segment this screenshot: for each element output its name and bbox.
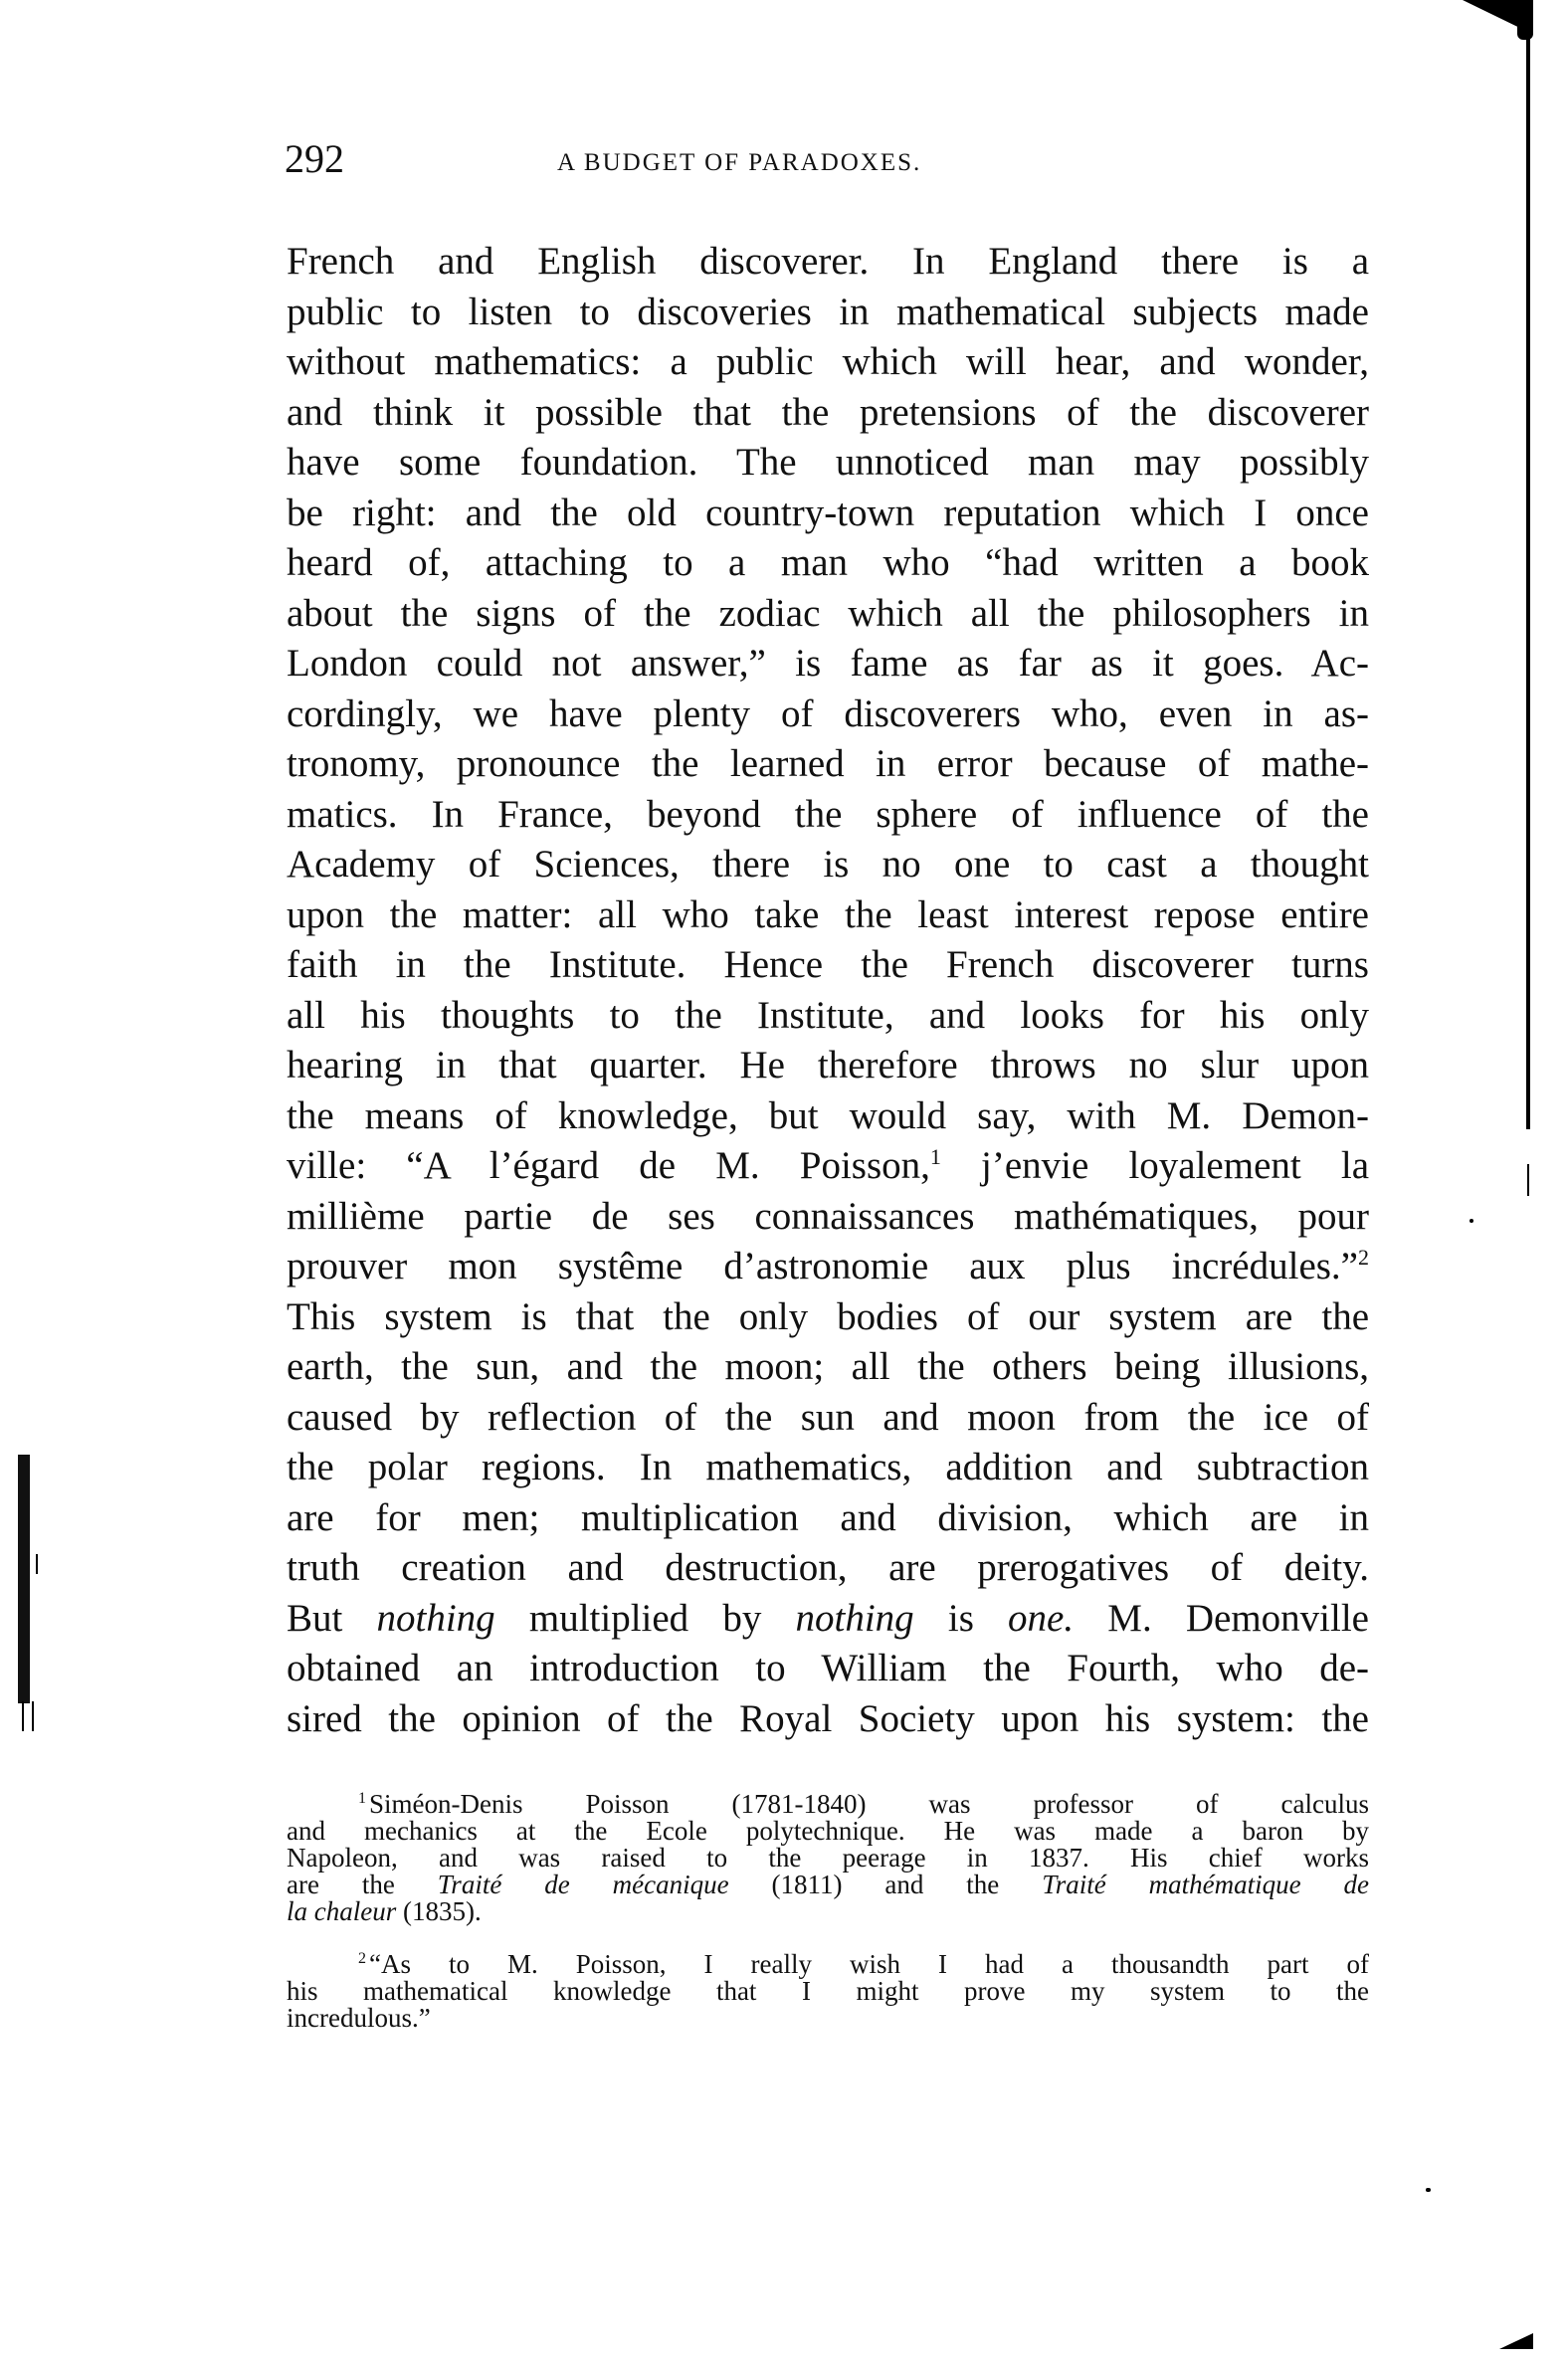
scan-artifact-top-tab: [1517, 0, 1533, 40]
footnote-line: 1Siméon-Denis Poisson (1781-1840) was pr…: [287, 1791, 1369, 1818]
scan-artifact-right-edge: [1526, 20, 1530, 1129]
emphasis: nothing: [377, 1597, 495, 1640]
body-line: French and English discoverer. In Englan…: [287, 237, 1369, 288]
body-line: But nothing multiplied by nothing is one…: [287, 1594, 1369, 1645]
body-line: millième partie de ses connaissances mat…: [287, 1192, 1369, 1243]
scan-artifact-left-binding: [18, 1455, 30, 1703]
footnote-line: Napoleon, and was raised to the peerage …: [287, 1845, 1369, 1872]
body-line: matics. In France, beyond the sphere of …: [287, 790, 1369, 841]
body-line: London could not answer,” is fame as far…: [287, 639, 1369, 690]
body-line: This system is that the only bodies of o…: [287, 1292, 1369, 1343]
emphasis: nothing: [796, 1597, 914, 1640]
body-line: prouver mon systême d’astronomie aux plu…: [287, 1242, 1369, 1292]
scan-artifact-dot: [1470, 1219, 1473, 1223]
scan-artifact-right-edge-fragment: [1527, 1164, 1529, 1196]
scan-artifact-left-tick: [36, 1554, 38, 1574]
body-line: and think it possible that the pretensio…: [287, 388, 1369, 439]
footnote-line: and mechanics at the Ecole polytechnique…: [287, 1818, 1369, 1845]
body-line: Academy of Sciences, there is no one to …: [287, 840, 1369, 890]
footnote-marker: 1: [358, 1790, 366, 1807]
footnote-ref-1[interactable]: 1: [930, 1144, 941, 1169]
body-line: faith in the Institute. Hence the French…: [287, 940, 1369, 991]
body-line: obtained an introduction to William the …: [287, 1644, 1369, 1694]
footnote-2: 2“As to M. Poisson, I really wish I had …: [287, 1951, 1369, 2032]
body-line: have some foundation. The unnoticed man …: [287, 438, 1369, 489]
footnote-ref-2[interactable]: 2: [1358, 1245, 1369, 1270]
body-line: about the signs of the zodiac which all …: [287, 589, 1369, 640]
body-line: are for men; multiplication and division…: [287, 1493, 1369, 1544]
body-line: caused by reflection of the sun and moon…: [287, 1393, 1369, 1444]
body-line: public to listen to discoveries in mathe…: [287, 288, 1369, 338]
emphasis: one.: [1008, 1597, 1074, 1640]
body-line: all his thoughts to the Institute, and l…: [287, 991, 1369, 1042]
scan-artifact-dot: [1426, 2188, 1431, 2192]
body-line: the polar regions. In mathematics, addit…: [287, 1443, 1369, 1493]
body-line: heard of, attaching to a man who “had wr…: [287, 538, 1369, 589]
page-number: 292: [285, 139, 344, 179]
body-text: French and English discoverer. In Englan…: [287, 237, 1369, 1744]
running-title: A Budget of Paradoxes.: [557, 149, 921, 177]
body-line: tronomy, pronounce the learned in error …: [287, 739, 1369, 790]
footnote-line: incredulous.”: [287, 2005, 1369, 2032]
footnote-line: are the Traité de mécanique (1811) and t…: [287, 1872, 1369, 1898]
body-line: ville: “A l’égard de M. Poisson,1 j’envi…: [287, 1141, 1369, 1192]
scan-artifact-bottom-corner: [1499, 2333, 1533, 2349]
book-page: 292 A Budget of Paradoxes. French and En…: [0, 0, 1568, 2367]
body-line: earth, the sun, and the moon; all the ot…: [287, 1342, 1369, 1393]
scan-artifact-left-binding-end: [22, 1701, 34, 1731]
body-line: hearing in that quarter. He therefore th…: [287, 1041, 1369, 1091]
book-title: Traité mathématique de: [1042, 1870, 1369, 1899]
book-title: la chaleur: [287, 1896, 396, 1926]
footnote-line: 2“As to M. Poisson, I really wish I had …: [287, 1951, 1369, 1978]
body-line: be right: and the old country-town reput…: [287, 489, 1369, 539]
body-line: truth creation and destruction, are prer…: [287, 1543, 1369, 1594]
body-line: without mathematics: a public which will…: [287, 337, 1369, 388]
body-line: upon the matter: all who take the least …: [287, 890, 1369, 941]
footnote-line: his mathematical knowledge that I might …: [287, 1978, 1369, 2005]
body-line: the means of knowledge, but would say, w…: [287, 1091, 1369, 1142]
footnote-line: la chaleur (1835).: [287, 1898, 1369, 1925]
body-line: sired the opinion of the Royal Society u…: [287, 1694, 1369, 1745]
footnote-1: 1Siméon-Denis Poisson (1781-1840) was pr…: [287, 1791, 1369, 1925]
book-title: Traité de mécanique: [438, 1870, 729, 1899]
body-line: cordingly, we have plenty of discoverers…: [287, 690, 1369, 740]
footnote-marker: 2: [358, 1950, 366, 1967]
